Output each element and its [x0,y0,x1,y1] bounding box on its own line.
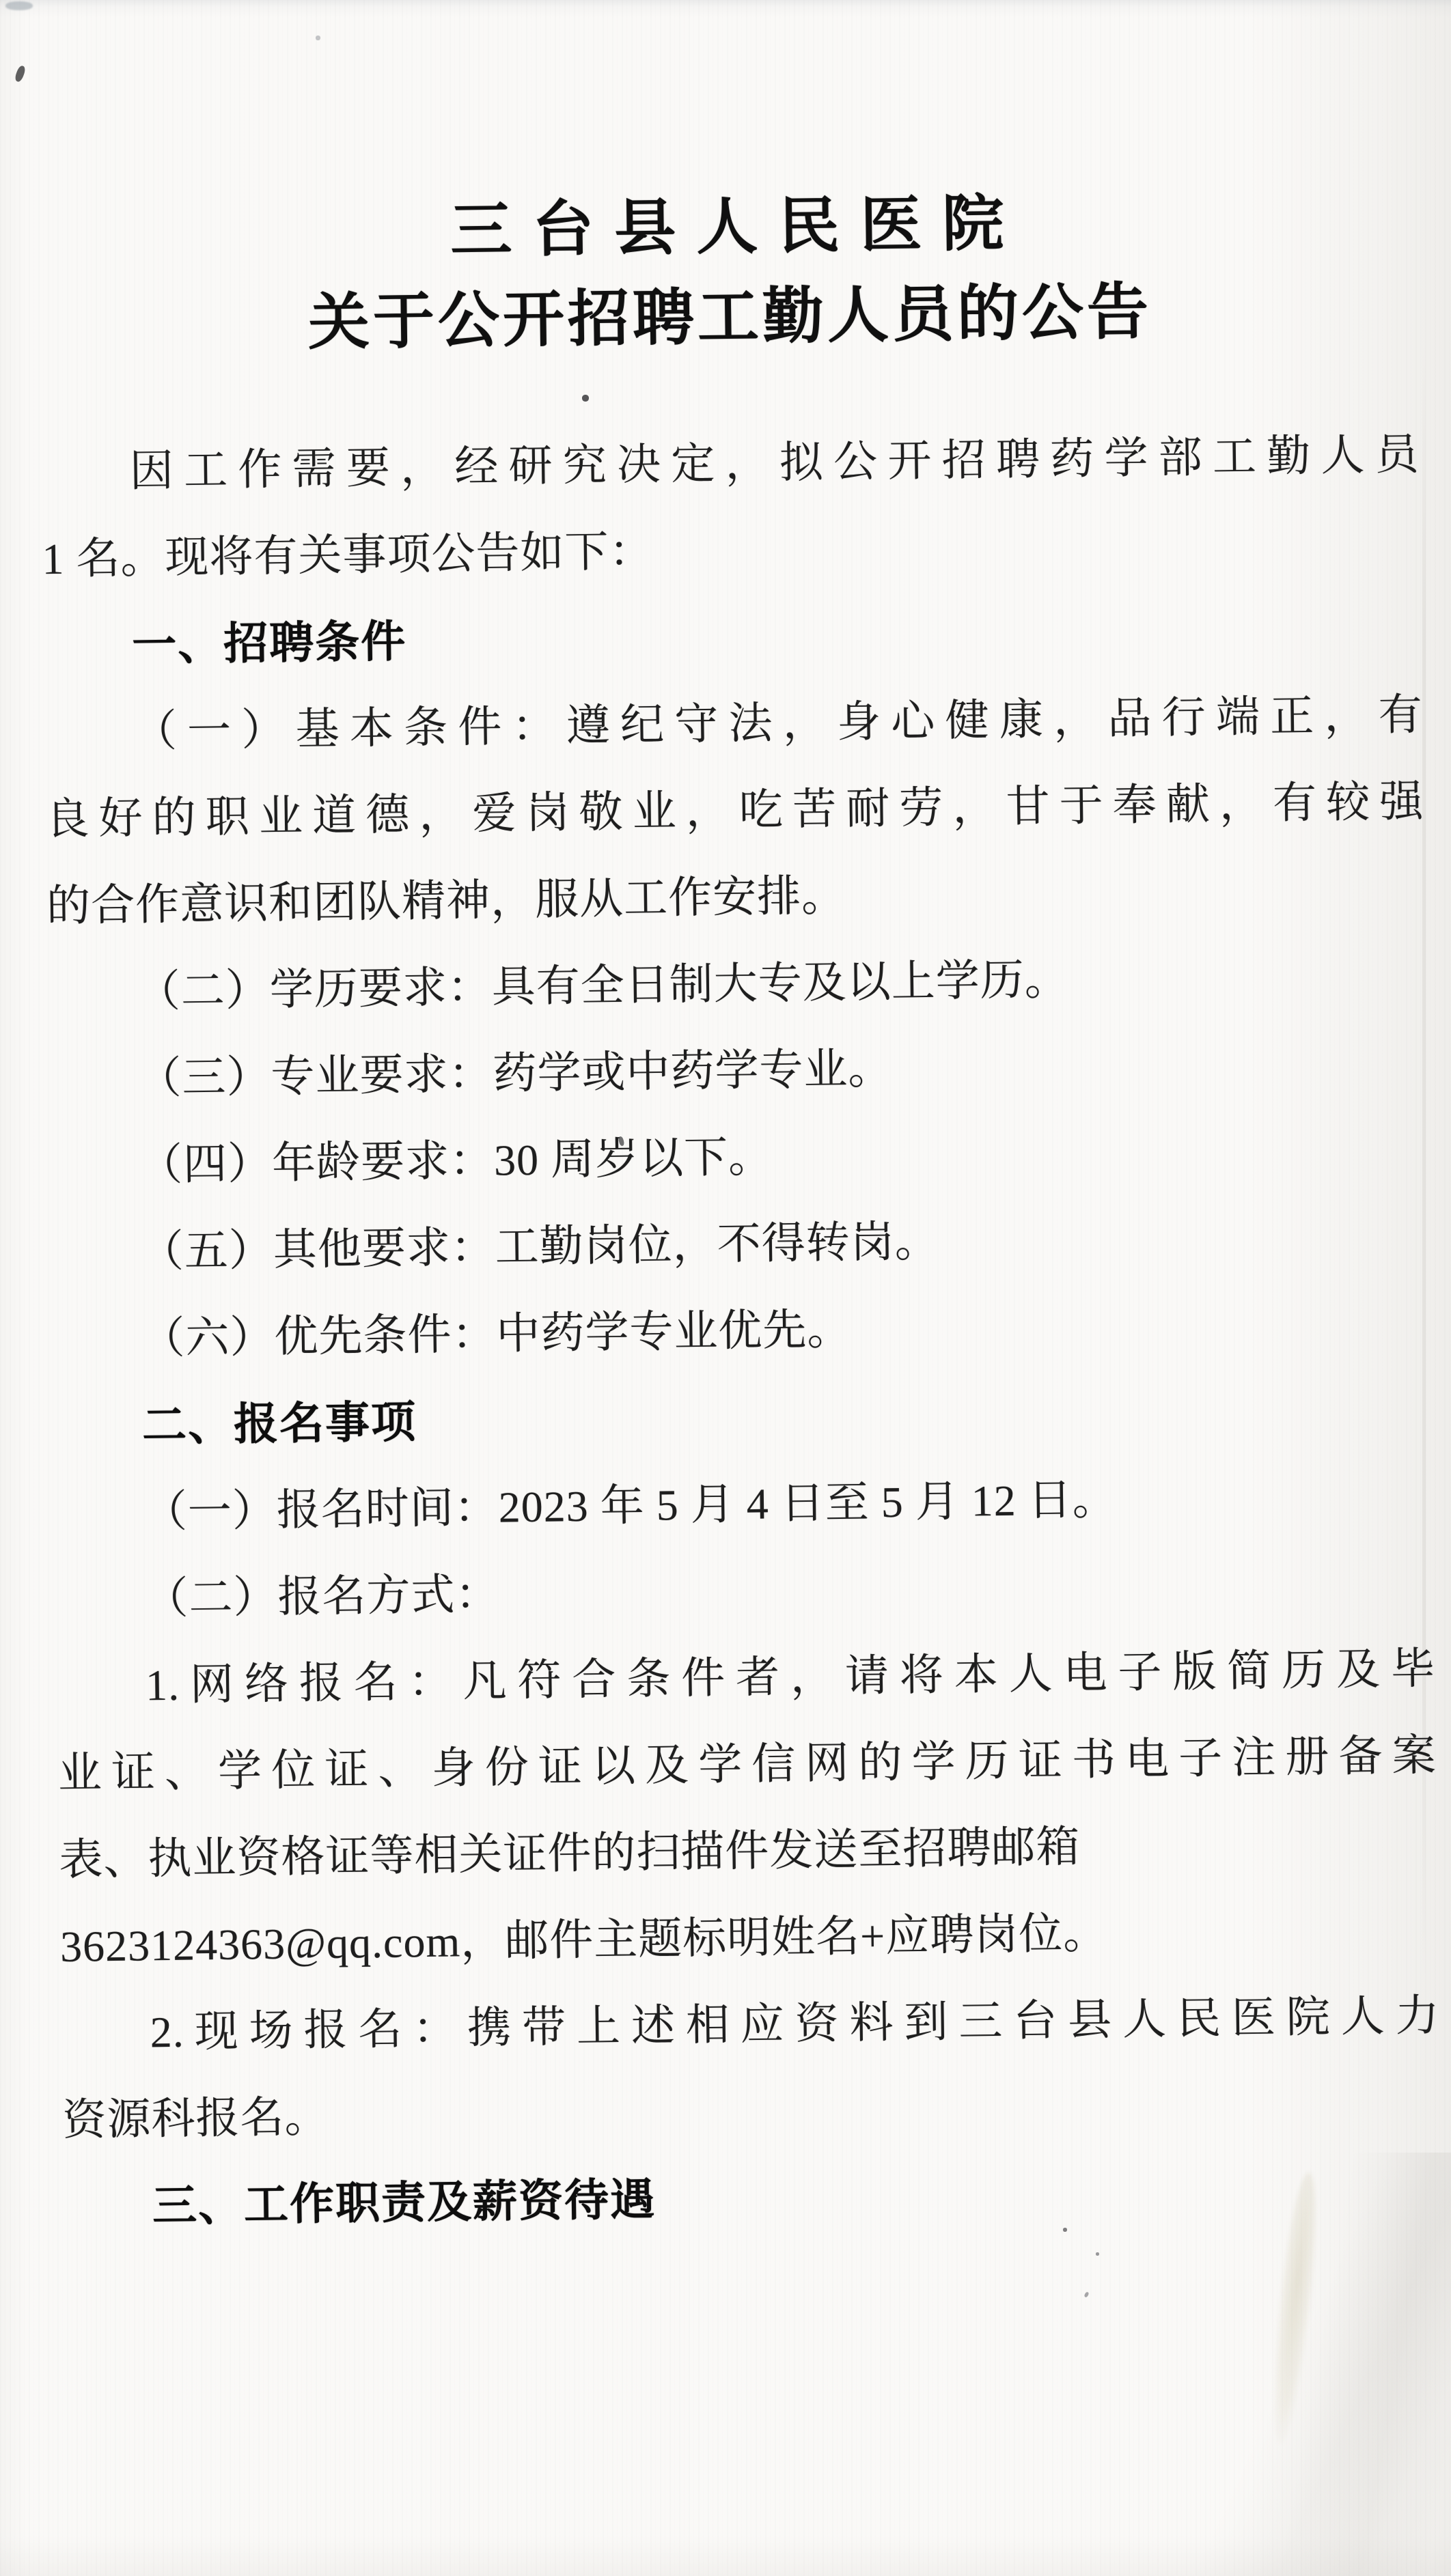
scanned-document-page: 三台县人民医院 关于公开招聘工勤人员的公告 因工作需要，经研究决定，拟公开招聘药… [0,0,1451,2576]
document-content: 三台县人民医院 关于公开招聘工勤人员的公告 因工作需要，经研究决定，拟公开招聘药… [37,173,1442,2250]
ink-speck [316,36,320,40]
document-title-line2: 关于公开招聘工勤人员的公告 [38,264,1418,372]
document-line: 2.现场报名：携带上述相应资料到三台县人民医院人力 [61,1972,1440,2077]
document-title-line1: 三台县人民医院 [37,173,1417,281]
ink-speck [1096,2252,1099,2256]
section-heading-3: 三、工作职责及薪资待遇 [63,2146,1442,2250]
ink-speck [14,65,27,83]
document-body: 因工作需要，经研究决定，拟公开招聘药学部工勤人员 1 名。现将有关事项公告如下：… [40,411,1443,2250]
scan-smudge [5,1,33,10]
document-line: 业证、学位证、身份证以及学信网的学历证书电子注册备案 [57,1712,1437,1817]
document-line: 良好的职业道德，爱岗敬业，吃苦耐劳，甘于奉献，有较强 [45,758,1424,863]
document-line: 因工作需要，经研究决定，拟公开招聘药学部工勤人员 [40,411,1420,516]
